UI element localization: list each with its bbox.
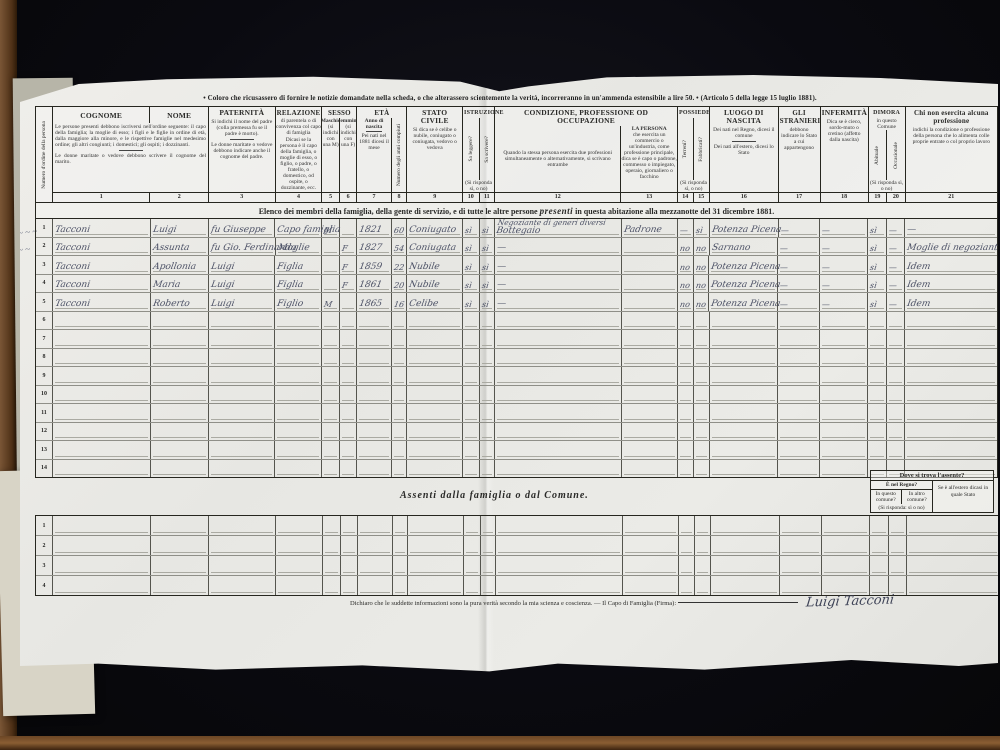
- ruled-line: [712, 382, 776, 383]
- cell-scrivere: [481, 516, 496, 535]
- possiede-risponda-note: (Si risponda sì, o no): [678, 180, 709, 192]
- ruled-line: [624, 345, 675, 346]
- ruled-line: [211, 532, 273, 533]
- handwritten-entry: Roberto: [152, 300, 190, 309]
- cell-occasionale: [887, 386, 905, 404]
- cell-stato: [407, 312, 463, 330]
- ruled-line: [824, 572, 867, 573]
- cell-occasionale: [887, 404, 905, 422]
- ruled-line: [277, 419, 319, 420]
- cell-chinon: [905, 367, 997, 385]
- ruled-line: [482, 400, 492, 401]
- ruled-line: [907, 363, 995, 364]
- ruled-line: [360, 572, 390, 573]
- cognome-note-text: Le persone presenti debbono iscriversi n…: [55, 124, 206, 148]
- cell-condizione: [496, 516, 623, 535]
- cell-anno: [357, 367, 392, 385]
- cell-luogo: [711, 556, 780, 575]
- cell-paternita: [209, 423, 276, 441]
- handwritten-entry: Figlio: [277, 300, 305, 309]
- ruled-line: [624, 456, 675, 457]
- ruled-line: [680, 363, 691, 364]
- ruled-line: [712, 363, 776, 364]
- cell-infermita: [820, 367, 868, 385]
- istruzione-scrivere-label: Sa scrivere?: [484, 136, 490, 163]
- row-number: 1: [36, 516, 53, 535]
- handwritten-entry: —: [888, 244, 898, 253]
- cell-leggere: sì: [463, 238, 480, 256]
- cell-anno: [357, 423, 392, 441]
- handwritten-entry: Tacconi: [54, 300, 90, 309]
- handwritten-entry: sì: [464, 226, 472, 235]
- ruled-line: [465, 419, 477, 420]
- ruled-line: [870, 400, 884, 401]
- ruled-line: [680, 437, 691, 438]
- ruled-line: [324, 345, 337, 346]
- ruled-line: [712, 437, 776, 438]
- ruled-line: [497, 271, 619, 272]
- ruled-line: [465, 474, 477, 475]
- cell-m: [322, 312, 340, 330]
- handwritten-entry: 1821: [359, 226, 383, 235]
- handwritten-entry: sì: [869, 263, 877, 272]
- ruled-line: [482, 345, 492, 346]
- ruled-line: [782, 592, 819, 593]
- cell-luogo: [710, 330, 779, 348]
- absent-table-row: 1: [36, 516, 999, 536]
- ruled-line: [342, 400, 354, 401]
- cell-anno: 1861: [357, 275, 392, 293]
- cell-stato: [407, 349, 463, 367]
- ruled-line: [870, 326, 884, 327]
- cell-anno: 1865: [357, 293, 392, 311]
- ruled-line: [870, 419, 884, 420]
- cell-paternita: [209, 441, 276, 459]
- cell-relazione: [275, 404, 322, 422]
- ruled-line: [359, 419, 389, 420]
- cell-anno: [357, 441, 392, 459]
- cell-paternita: Luigi: [209, 256, 276, 274]
- band-presenti: presenti: [540, 206, 574, 216]
- handwritten-entry: 16: [393, 300, 405, 309]
- cell-paternita: [209, 576, 276, 595]
- cell-nome: Assunta: [151, 238, 209, 256]
- cell-condizione: [495, 460, 622, 478]
- band-pre: Elenco dei membri della famiglia, della …: [259, 207, 540, 216]
- cell-occasionale: [887, 349, 905, 367]
- cell-persona: [622, 312, 678, 330]
- cell-condizione: [495, 404, 622, 422]
- col-nome-title: NOME: [166, 110, 192, 121]
- ruled-line: [211, 345, 273, 346]
- ruled-line: [624, 419, 675, 420]
- cell-occasionale: [887, 367, 905, 385]
- row-number: 7: [36, 330, 53, 348]
- cell-luogo: [710, 460, 779, 478]
- handwritten-entry: Tacconi: [54, 281, 90, 290]
- cell-m: M: [322, 293, 340, 311]
- cell-abituale: [868, 386, 887, 404]
- row-number: 14: [36, 460, 53, 478]
- cell-condizione: —: [495, 256, 622, 274]
- cell-paternita: fu Gio. Ferdinando: [209, 238, 276, 256]
- luogo-note-text: Dei nati nel Regno, dicesi il comune: [713, 127, 774, 139]
- ruled-line: [278, 532, 320, 533]
- ruled-line: [909, 552, 997, 553]
- ruled-line: [324, 252, 337, 253]
- ruled-line: [712, 400, 776, 401]
- cell-f: [340, 367, 357, 385]
- cell-anni: [393, 536, 408, 555]
- cell-fabbricati: [695, 576, 711, 595]
- cell-persona: [622, 460, 678, 478]
- ruled-line: [780, 400, 817, 401]
- cell-condizione: [495, 386, 622, 404]
- cell-persona: [622, 367, 678, 385]
- cell-fabbricati: [694, 460, 710, 478]
- ruled-line: [342, 326, 354, 327]
- cell-chinon: [907, 556, 999, 575]
- cell-infermita: —: [820, 256, 868, 274]
- ruled-line: [153, 419, 206, 420]
- table-row: 3TacconiApolloniaLuigiFigliaF185922Nubil…: [36, 256, 997, 275]
- col-eta-title: ETÀ: [357, 107, 406, 118]
- cell-m: [323, 516, 341, 535]
- ruled-line: [342, 308, 354, 309]
- ruled-line: [696, 363, 707, 364]
- col-rownum-label: Numero d'ordine della persona: [41, 121, 47, 189]
- handwritten-entry: —: [780, 226, 790, 235]
- col-paternita-title: PATERNITÀ: [209, 107, 275, 118]
- cell-persona: [622, 293, 678, 311]
- cell-m: [322, 349, 340, 367]
- ruled-line: [153, 363, 206, 364]
- cell-leggere: [463, 460, 480, 478]
- ruled-line: [394, 456, 404, 457]
- handwritten-entry: Coniugato: [408, 226, 457, 235]
- present-persons-rows: 1TacconiLuigifu GiuseppeCapo famigliaM18…: [35, 219, 998, 478]
- ruled-line: [822, 326, 865, 327]
- handwritten-entry: Luigi: [210, 263, 235, 272]
- cell-chinon: [907, 536, 999, 555]
- ruled-line: [713, 592, 777, 593]
- ruled-line: [394, 437, 404, 438]
- ruled-line: [409, 400, 460, 401]
- ruled-line: [872, 532, 886, 533]
- cell-paternita: Luigi: [209, 275, 276, 293]
- handwritten-entry: Assunta: [152, 244, 190, 253]
- possiede-terreni-label: Terreni?: [682, 140, 688, 158]
- handwritten-entry: 22: [393, 263, 405, 272]
- cell-condizione: [495, 312, 622, 330]
- ruled-line: [782, 532, 819, 533]
- col-cognome-note: Le persone presenti debbono iscriversi n…: [53, 123, 208, 192]
- ruled-line: [624, 271, 675, 272]
- absent-questo-comune: In questo comune?: [871, 490, 902, 504]
- condizione-note: Quando la stessa persona esercita due pr…: [495, 149, 620, 169]
- cell-terreni: [679, 576, 695, 595]
- cell-fabbricati: [695, 556, 711, 575]
- handwritten-entry: Idem: [906, 300, 931, 309]
- handwritten-entry: sì: [464, 281, 472, 290]
- ruled-line: [466, 592, 478, 593]
- cell-leggere: sì: [463, 256, 480, 274]
- cell-anno: [357, 312, 392, 330]
- colnum-6: 6: [340, 193, 357, 202]
- cell-terreni: [678, 386, 694, 404]
- declaration-line: Dichiaro che le suddette informazioni so…: [350, 594, 970, 609]
- cell-fabbricati: [694, 312, 710, 330]
- cell-relazione: Capo famiglia: [275, 219, 322, 237]
- table-row: 14: [36, 460, 997, 478]
- handwritten-entry: 1859: [358, 263, 382, 272]
- cell-luogo: Potenza Picena: [709, 293, 778, 311]
- cell-terreni: [678, 367, 694, 385]
- cell-terreni: no: [678, 293, 694, 311]
- cell-anno: [358, 536, 393, 555]
- ruled-line: [324, 326, 337, 327]
- cell-stato: [408, 576, 464, 595]
- handwritten-entry: Luigi: [210, 281, 235, 290]
- ruled-line: [680, 456, 691, 457]
- cell-abituale: [868, 404, 887, 422]
- ruled-line: [822, 419, 865, 420]
- table-row: 2TacconiAssuntafu Gio. FerdinandoMoglieF…: [36, 238, 997, 257]
- ruled-line: [907, 456, 995, 457]
- row-number: 3: [36, 556, 53, 575]
- handwritten-entry: 54: [393, 244, 405, 253]
- ruled-line: [713, 552, 777, 553]
- cell-m: [322, 367, 340, 385]
- handwritten-entry: —: [496, 263, 507, 272]
- cell-cognome: Tacconi: [53, 275, 151, 293]
- colnum-19: 19: [869, 193, 888, 202]
- ruled-line: [497, 363, 619, 364]
- ruled-line: [907, 345, 995, 346]
- colnum-15: 15: [694, 193, 709, 202]
- table-row: 1TacconiLuigifu GiuseppeCapo famigliaM18…: [36, 219, 997, 238]
- ruled-line: [482, 474, 492, 475]
- cell-relazione: [275, 441, 322, 459]
- cell-anno: [357, 386, 392, 404]
- absent-box-title: Dove si trova l'assente?: [871, 471, 993, 481]
- cell-f: F: [340, 256, 357, 274]
- ruled-line: [409, 456, 460, 457]
- ruled-line: [325, 572, 338, 573]
- cell-relazione: [275, 386, 322, 404]
- cell-relazione: Moglie: [276, 238, 323, 256]
- cell-relazione: [275, 349, 322, 367]
- handwritten-entry: sì: [481, 281, 489, 290]
- cell-leggere: [463, 349, 480, 367]
- col-luogo-title: LUOGO DI NASCITA: [710, 107, 778, 126]
- cell-abituale: sì: [868, 293, 887, 311]
- absent-table-row: 4: [36, 576, 999, 595]
- handwritten-entry: —: [679, 226, 689, 235]
- cell-luogo: [711, 516, 780, 535]
- absent-table-row: 2: [36, 536, 999, 556]
- signature-line: [678, 594, 798, 603]
- cell-infermita: [820, 460, 868, 478]
- cell-chinon: Idem: [905, 275, 997, 293]
- cell-f: [340, 349, 357, 367]
- ruled-line: [360, 532, 390, 533]
- ruled-line: [465, 400, 477, 401]
- cell-stranieri: [780, 576, 822, 595]
- cell-stranieri: [780, 536, 822, 555]
- row-number: 4: [36, 275, 53, 293]
- cell-anni: 16: [392, 293, 407, 311]
- colnum-12: 12: [495, 193, 621, 202]
- ruled-line: [359, 474, 389, 475]
- handwritten-entry: sì: [464, 263, 472, 272]
- handwritten-entry: 60: [393, 226, 405, 235]
- handwritten-entry: —: [496, 244, 507, 253]
- ruled-line: [324, 271, 337, 272]
- cell-f: [340, 219, 357, 237]
- handwritten-entry: Moglie: [277, 244, 310, 253]
- ruled-line: [55, 532, 148, 533]
- col-relazione-sub: di parentela o di convivenza col capo di…: [276, 118, 322, 136]
- cell-m: [322, 256, 340, 274]
- ruled-line: [713, 572, 777, 573]
- handwritten-entry: —: [496, 300, 507, 309]
- handwritten-entry: sì: [869, 300, 877, 309]
- colnum-9: 9: [407, 193, 462, 202]
- ruled-line: [395, 532, 405, 533]
- row-number: 8: [36, 349, 53, 367]
- ruled-line: [780, 382, 817, 383]
- cell-nome: [151, 349, 209, 367]
- cell-stranieri: [780, 516, 822, 535]
- ruled-line: [278, 572, 320, 573]
- ruled-line: [153, 572, 206, 573]
- cell-stranieri: —: [778, 256, 820, 274]
- ruled-line: [624, 326, 675, 327]
- cell-anno: [357, 349, 392, 367]
- ruled-line: [342, 419, 354, 420]
- cell-abituale: sì: [868, 275, 887, 293]
- cell-f: [340, 312, 357, 330]
- cell-persona: Padrone: [622, 219, 678, 237]
- ruled-line: [498, 592, 620, 593]
- colnum-1: 1: [53, 193, 150, 202]
- handwritten-entry: no: [695, 300, 707, 309]
- ruled-line: [624, 474, 675, 475]
- table-row: 13: [36, 441, 997, 460]
- col-infermita: INFERMITÀ Dica se è cieco, sordo-muto o …: [821, 107, 869, 202]
- cell-f: [341, 536, 358, 555]
- cell-scrivere: sì: [480, 219, 495, 237]
- handwritten-entry: sì: [870, 226, 878, 235]
- ruled-line: [359, 382, 389, 383]
- cell-f: F: [340, 275, 357, 293]
- ruled-line: [712, 474, 776, 475]
- cell-cognome: [53, 423, 151, 441]
- ruled-line: [712, 345, 776, 346]
- ruled-line: [680, 400, 691, 401]
- ruled-line: [211, 456, 273, 457]
- cell-occasionale: —: [887, 293, 905, 311]
- cell-fabbricati: [694, 404, 710, 422]
- handwritten-entry: sì: [481, 263, 489, 272]
- cell-luogo: [711, 576, 780, 595]
- ruled-line: [324, 382, 337, 383]
- cell-fabbricati: [694, 423, 710, 441]
- ruled-line: [780, 419, 817, 420]
- cell-fabbricati: no: [694, 275, 710, 293]
- cell-luogo: [711, 536, 780, 555]
- row-number: 4: [36, 576, 53, 595]
- handwritten-entry: no: [695, 244, 707, 253]
- ruled-line: [409, 363, 460, 364]
- cell-anno: [358, 576, 393, 595]
- handwritten-entry: no: [695, 281, 707, 290]
- cell-persona: [622, 256, 678, 274]
- ruled-line: [681, 572, 692, 573]
- cell-cognome: [53, 556, 151, 575]
- ruled-line: [211, 363, 273, 364]
- census-table: Numero d'ordine della persona COGNOME NO…: [35, 106, 998, 478]
- cell-cognome: Tacconi: [53, 293, 151, 311]
- cell-chinon: [907, 576, 999, 595]
- cell-abituale: [870, 556, 889, 575]
- handwritten-entry: 20: [393, 281, 405, 290]
- ruled-line: [394, 400, 404, 401]
- ruled-line: [55, 474, 148, 475]
- cell-f: [340, 441, 357, 459]
- cell-f: [340, 404, 357, 422]
- cell-infermita: [822, 536, 870, 555]
- cell-stato: [407, 441, 463, 459]
- cell-anni: 20: [392, 275, 407, 293]
- cell-nome: [151, 576, 209, 595]
- ruled-line: [359, 345, 389, 346]
- handwritten-entry: Tacconi: [54, 226, 90, 235]
- cell-paternita: [209, 460, 276, 478]
- cell-terreni: [678, 312, 694, 330]
- cell-fabbricati: [694, 441, 710, 459]
- handwritten-entry: Figlia: [277, 263, 305, 272]
- ruled-line: [394, 326, 404, 327]
- col-condizione-title: CONDIZIONE, PROFESSIONE OD OCCUPAZIONE: [495, 107, 677, 126]
- cell-leggere: [463, 312, 480, 330]
- cell-luogo: [710, 386, 779, 404]
- ruled-line: [696, 326, 707, 327]
- cell-persona: [622, 349, 678, 367]
- cell-paternita: [209, 349, 276, 367]
- row-number: 2: [36, 536, 53, 555]
- handwritten-entry-line2: Bottegaio: [496, 227, 605, 235]
- cell-infermita: —: [820, 275, 868, 293]
- ruled-line: [625, 572, 676, 573]
- col-stato-note: Si dica se è celibe o nubile, coniugato …: [407, 126, 462, 192]
- ruled-line: [822, 382, 865, 383]
- cell-f: [340, 423, 357, 441]
- cell-scrivere: sì: [480, 275, 495, 293]
- ruled-line: [907, 419, 995, 420]
- ruled-line: [342, 474, 354, 475]
- handwritten-entry: Potenza Picena: [711, 226, 782, 235]
- ruled-line: [153, 456, 206, 457]
- cell-paternita: [209, 312, 276, 330]
- cognome-note2-text: Le donne maritate o vedove debbono scriv…: [55, 153, 206, 165]
- luogo-note2-text: Dei nati all'estero, dicesi lo Stato: [714, 144, 774, 156]
- wood-table-edge-bottom: [0, 736, 1000, 750]
- col-chinon-note: indichi la condizione o professione dell…: [906, 126, 997, 192]
- cell-scrivere: sì: [480, 293, 495, 311]
- cell-fabbricati: [694, 330, 710, 348]
